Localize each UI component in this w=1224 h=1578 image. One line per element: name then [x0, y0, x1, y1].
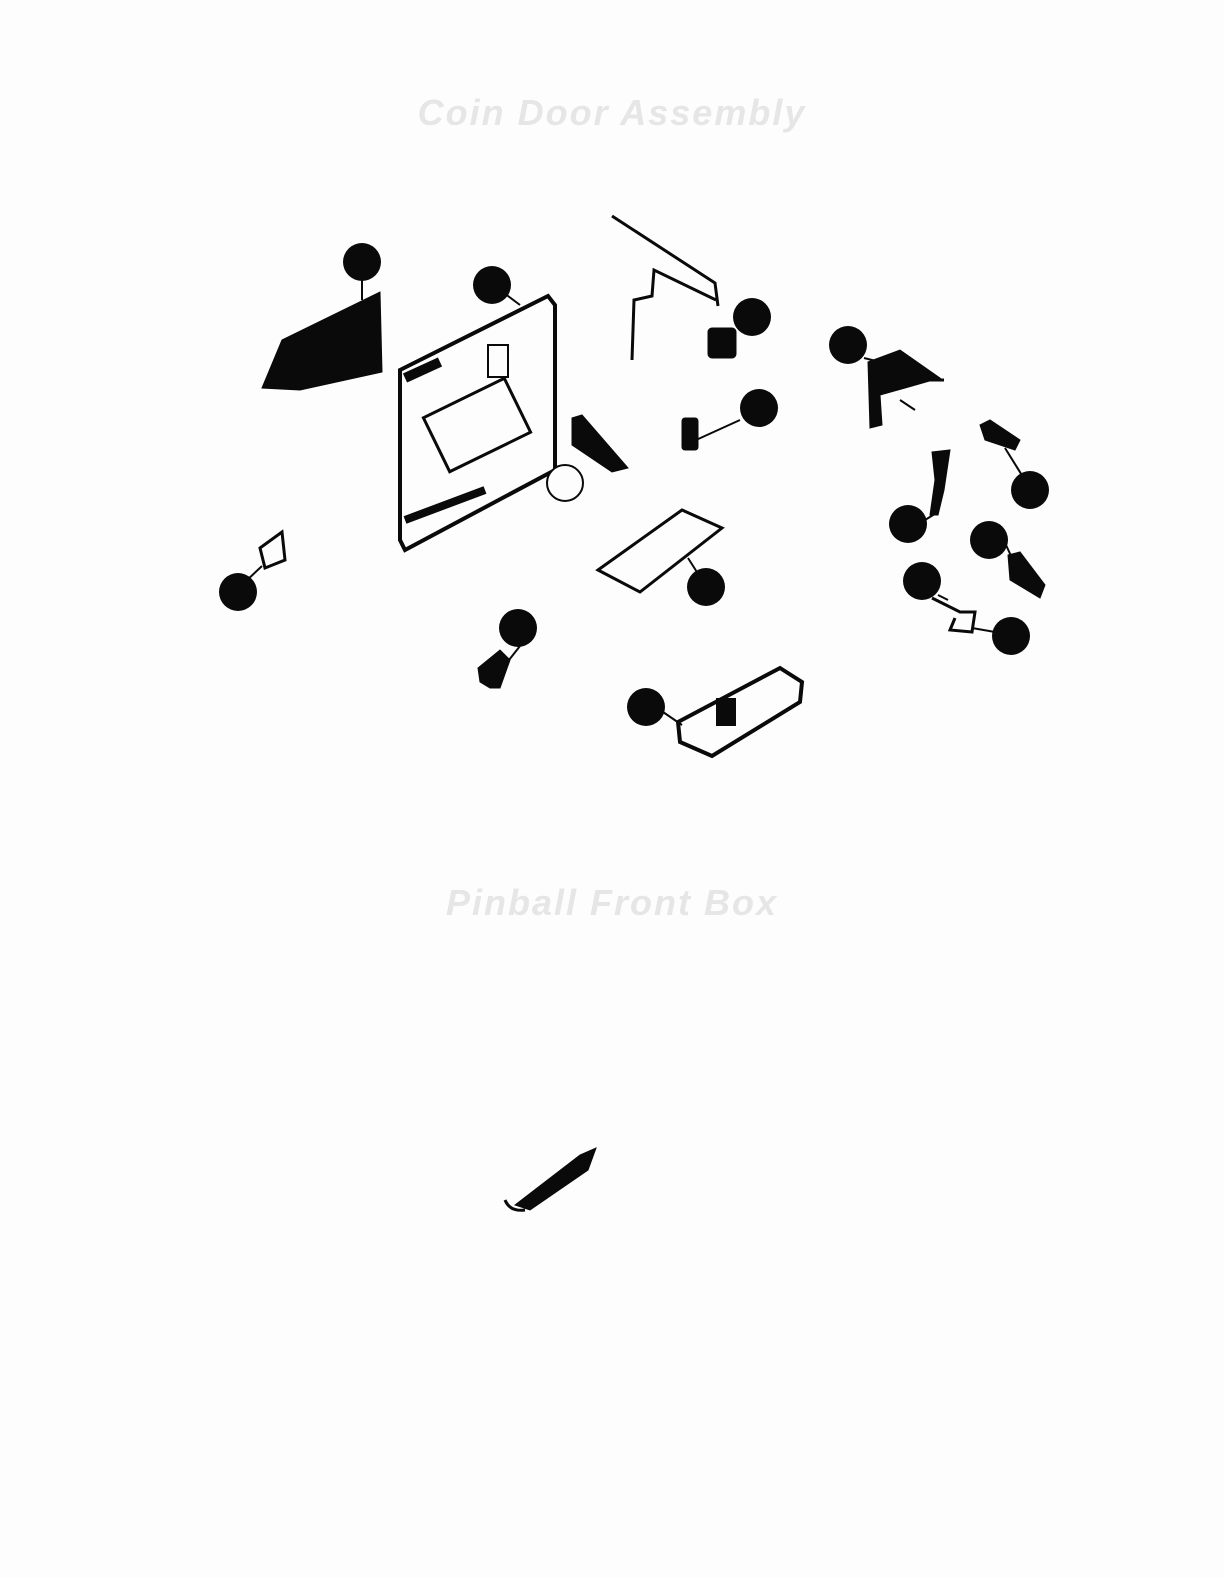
callout-4	[829, 326, 867, 364]
callout-6	[1011, 471, 1049, 509]
part-lever	[930, 450, 950, 515]
callout-5	[740, 389, 778, 427]
callout-14	[627, 688, 665, 726]
part-bracket-triangle	[547, 415, 628, 501]
callout-1	[343, 243, 381, 281]
callout-10	[992, 617, 1030, 655]
callout-3	[733, 298, 771, 336]
part-left-plate	[245, 532, 285, 582]
part-coin-return-panel	[262, 275, 382, 390]
part-switch-cluster	[708, 328, 736, 358]
callout-8	[970, 521, 1008, 559]
part-lamp-socket	[682, 418, 740, 450]
callout-12	[687, 568, 725, 606]
part-coin-box	[678, 668, 802, 756]
part-clip	[932, 598, 995, 632]
part-hinge-bracket	[1008, 552, 1045, 598]
part-door-frame	[400, 284, 555, 550]
part-lock-rod	[612, 216, 718, 360]
part-small-latch	[478, 650, 510, 688]
exploded-parts-diagram	[0, 0, 1224, 1578]
callout-7	[889, 505, 927, 543]
callout-2	[473, 266, 511, 304]
callout-13	[499, 609, 537, 647]
callout-11	[219, 573, 257, 611]
callout-9	[903, 562, 941, 600]
part-front-box-hinge	[505, 1148, 596, 1210]
